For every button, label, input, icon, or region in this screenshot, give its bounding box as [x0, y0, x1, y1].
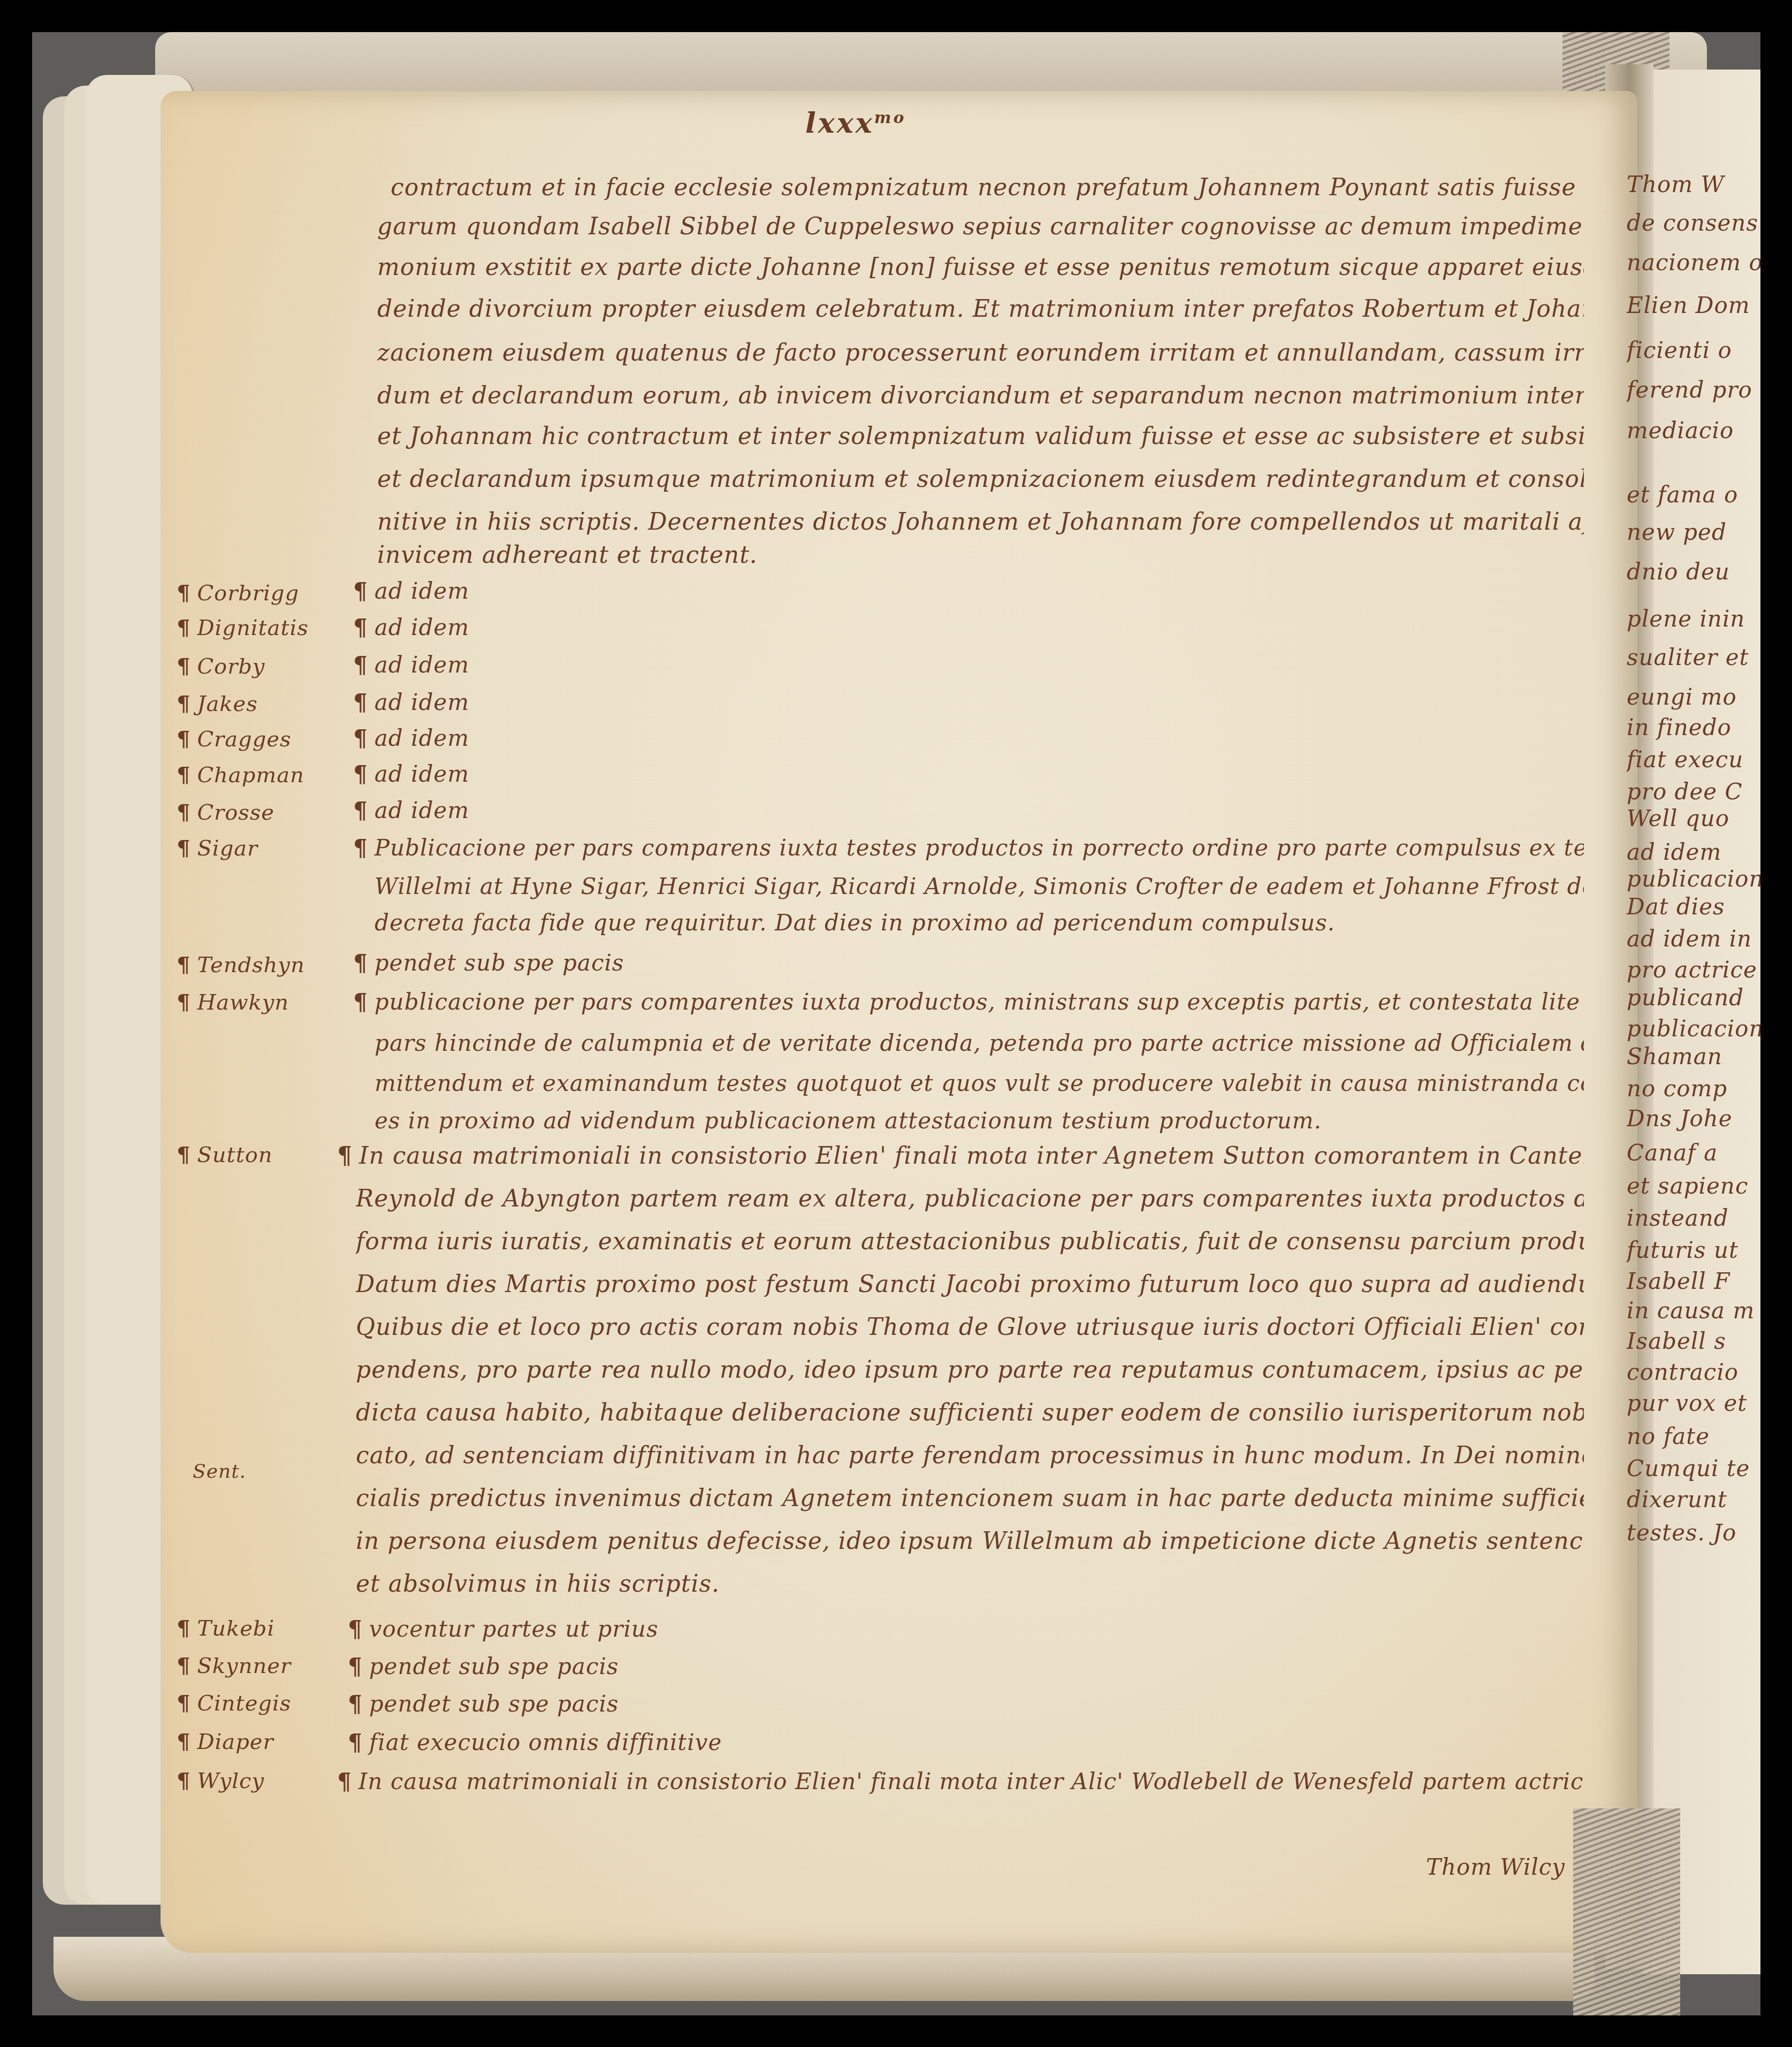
manuscript-photograph — [32, 32, 1760, 2015]
text-line: in persona eiusdem penitus defecisse, id… — [356, 1527, 1584, 1555]
facing-line: testes. Jo — [1627, 1519, 1736, 1546]
entry-text: ¶vocentur partes ut prius — [348, 1616, 1584, 1642]
text-line: Reynold de Abyngton partem ream ex alter… — [356, 1185, 1584, 1212]
entry-text: ¶pendet sub spe pacis — [353, 950, 1584, 976]
facing-line: publicacione ut — [1627, 866, 1760, 892]
facing-line: et sapienc — [1627, 1173, 1748, 1199]
facing-line: eungi mo — [1627, 684, 1737, 710]
text-line: et Johannam hic contractum et inter sole… — [377, 423, 1584, 450]
facing-page-text: Thom W de consens nacionem o Elien Dom f… — [1627, 171, 1760, 1830]
entry-text: ¶ad idem — [353, 761, 1584, 787]
margin-name: ¶Hawkyn — [177, 990, 289, 1015]
text-line: ¶publicacione per pars comparentes iuxta… — [353, 989, 1584, 1015]
facing-line: Well quo — [1627, 805, 1729, 831]
text-line: ¶Publicacione per pars comparens iuxta t… — [353, 835, 1584, 861]
entry-text: ¶fiat execucio omnis diffinitive — [348, 1729, 1584, 1755]
facing-line: Dat dies — [1627, 893, 1725, 920]
facing-line: in finedo — [1627, 714, 1732, 740]
entry-text: ¶pendet sub spe pacis — [348, 1653, 1584, 1679]
margin-name: ¶Jakes — [177, 691, 258, 716]
facing-line: plene inin — [1627, 606, 1745, 632]
margin-name: ¶Cintegis — [177, 1691, 291, 1716]
facing-line: contracio — [1627, 1359, 1738, 1385]
sentence-margin-note: Sent. — [193, 1461, 246, 1483]
book-top-edge — [155, 32, 1707, 93]
text-line: dicta causa habito, habitaque deliberaci… — [356, 1399, 1584, 1426]
facing-line: insteand — [1627, 1205, 1729, 1231]
facing-line: Thom W — [1627, 171, 1725, 197]
text-line: dum et declarandum eorum, ab invicem div… — [377, 382, 1584, 409]
facing-line: de consens — [1627, 210, 1758, 236]
facing-line: Isabell F — [1627, 1268, 1730, 1294]
facing-line: new ped — [1627, 519, 1727, 545]
margin-name: ¶Dignitatis — [177, 615, 309, 640]
margin-name: ¶Corbrigg — [177, 581, 299, 606]
margin-name: ¶Crosse — [177, 800, 274, 825]
facing-line: ferend pro — [1627, 377, 1752, 403]
text-line: invicem adhereant et tractent. — [377, 541, 1584, 569]
entry-text: ¶ad idem — [353, 614, 1584, 640]
text-line: mittendum et examinandum testes quotquot… — [375, 1070, 1584, 1096]
facing-line: no fate — [1627, 1423, 1710, 1449]
facing-line: Isabell s — [1627, 1328, 1726, 1354]
margin-name: ¶Skynner — [177, 1653, 291, 1678]
margin-name: ¶Wylcy — [177, 1768, 264, 1793]
text-line: Quibus die et loco pro actis coram nobis… — [356, 1313, 1584, 1341]
text-line: deinde divorcium propter eiusdem celebra… — [377, 295, 1584, 323]
facing-line: Canaf a — [1627, 1140, 1718, 1166]
facing-line: dixerunt — [1627, 1486, 1727, 1513]
facing-line: in causa m — [1627, 1297, 1755, 1324]
folio-number: lxxxmo — [805, 107, 906, 140]
text-line: et declarandum ipsumque matrimonium et s… — [377, 465, 1584, 493]
facing-line: sualiter et — [1627, 644, 1749, 670]
text-line: pars hincinde de calumpnia et de veritat… — [375, 1030, 1584, 1056]
margin-name: ¶Tukebi — [177, 1616, 274, 1641]
facing-line: Cumqui te — [1627, 1455, 1750, 1481]
text-line: ¶In causa matrimoniali in consistorio El… — [337, 1142, 1584, 1170]
catchword: Thom Wilcy — [1426, 1854, 1565, 1880]
facing-line: ficienti o — [1627, 337, 1732, 363]
facing-line: nacionem o — [1627, 249, 1760, 276]
folio-superscript: mo — [874, 109, 906, 127]
text-line: forma iuris iuratis, examinatis et eorum… — [356, 1228, 1584, 1255]
facing-line: ad idem in — [1627, 926, 1752, 952]
margin-name: ¶Chapman — [177, 762, 304, 788]
facing-line: et fama o — [1627, 482, 1738, 508]
entry-text: ¶ad idem — [353, 725, 1584, 751]
entry-text: ¶pendet sub spe pacis — [348, 1691, 1584, 1717]
facing-line: Elien Dom — [1627, 292, 1750, 318]
entry-text: ¶ad idem — [353, 689, 1584, 715]
text-line: decreta facta fide que requiritur. Dat d… — [375, 910, 1584, 936]
facing-line: publicacione ut — [1627, 1015, 1760, 1042]
binding-cloth — [1573, 1808, 1680, 2015]
margin-name: ¶Sigar — [177, 836, 258, 861]
entry-text: ¶ad idem — [353, 578, 1584, 604]
facing-line: mediacio — [1627, 417, 1734, 444]
facing-line: ad idem — [1627, 839, 1721, 865]
margin-name: ¶Sutton — [177, 1142, 273, 1167]
entry-text: ¶In causa matrimoniali in consistorio El… — [337, 1768, 1584, 1794]
facing-line: pro dee C — [1627, 778, 1743, 805]
text-line: Datum dies Martis proximo post festum Sa… — [356, 1271, 1584, 1298]
text-line: Willelmi at Hyne Sigar, Henrici Sigar, R… — [375, 873, 1584, 899]
margin-name: ¶Diaper — [177, 1729, 274, 1754]
margin-name: ¶Cragges — [177, 727, 291, 752]
text-line: et absolvimus in hiis scriptis. — [356, 1570, 1584, 1598]
entry-text: ¶ad idem — [353, 652, 1584, 678]
text-line: cialis predictus invenimus dictam Agnete… — [356, 1485, 1584, 1512]
facing-line: dnio deu — [1627, 559, 1730, 585]
facing-line: Dns Johe — [1627, 1105, 1733, 1132]
facing-line: no comp — [1627, 1075, 1727, 1102]
text-line: cato, ad sentenciam diffinitivam in hac … — [356, 1442, 1584, 1469]
text-line: nitive in hiis scriptis. Decernentes dic… — [377, 508, 1584, 536]
text-line: zacionem eiusdem quatenus de facto proce… — [377, 339, 1584, 366]
margin-name: ¶Corby — [177, 654, 265, 679]
facing-line: pur vox et — [1627, 1390, 1747, 1416]
text-line: monium exstitit ex parte dicte Johanne [… — [377, 254, 1584, 281]
entry-text: ¶ad idem — [353, 797, 1584, 823]
text-line: contractum et in facie ecclesie solempni… — [391, 174, 1584, 201]
text-line: garum quondam Isabell Sibbel de Cuppeles… — [377, 213, 1584, 240]
text-line: pendens, pro parte rea nullo modo, ideo … — [356, 1356, 1584, 1384]
facing-line: publicand — [1627, 984, 1744, 1011]
facing-line: fiat execu — [1627, 746, 1743, 773]
facing-line: Shaman — [1627, 1043, 1722, 1070]
facing-line: futuris ut — [1627, 1237, 1738, 1263]
facing-line: pro actrice — [1627, 957, 1757, 983]
margin-name: ¶Tendshyn — [177, 952, 305, 977]
text-line: es in proximo ad videndum publicacionem … — [375, 1107, 1584, 1134]
folio-number-text: lxxx — [805, 107, 874, 140]
